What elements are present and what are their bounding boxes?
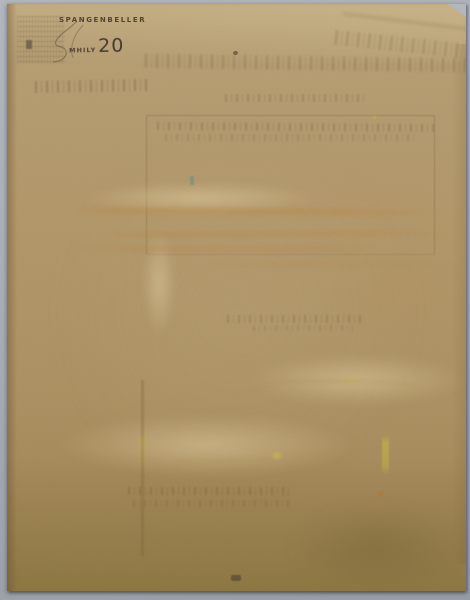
backdrop-corner-cut <box>448 4 466 17</box>
paper-grain-texture <box>7 4 466 591</box>
photo-backdrop: SPANGENBELLER MHILY 20 <box>0 0 470 600</box>
paper-sheet: SPANGENBELLER MHILY 20 <box>7 3 466 591</box>
